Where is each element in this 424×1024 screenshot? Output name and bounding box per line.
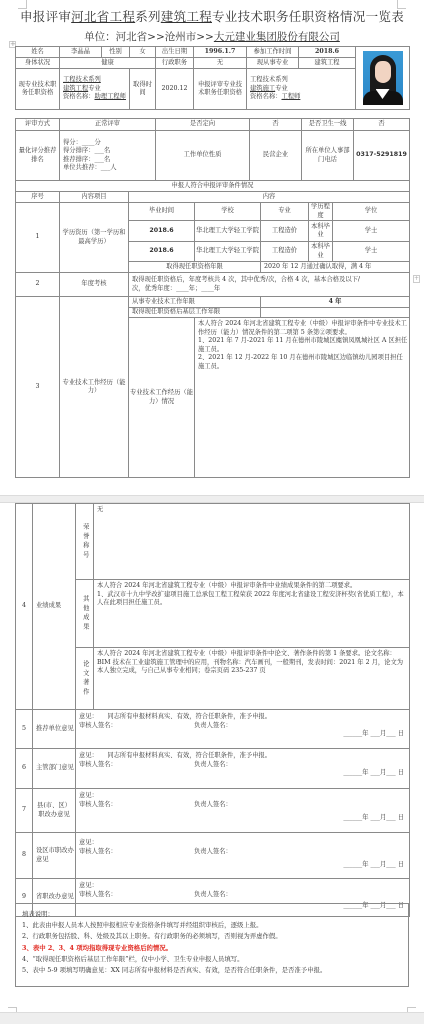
unit-type-label: 工作单位性质 (156, 131, 250, 181)
header-item: 内容项目 (60, 192, 129, 203)
annual-item: 年度考核 (60, 273, 129, 297)
name-label: 姓名 (16, 47, 60, 58)
instructions-title: 填表说明： (22, 909, 402, 920)
reviewer-sign: 审核人签名： (79, 848, 194, 857)
obtained-value: 2020.12 (156, 69, 194, 110)
date-field: ______年 ___月___ 日 (79, 730, 408, 739)
gender-value: 女 (130, 47, 156, 58)
grassroots-value (261, 308, 410, 318)
achievements-opinions-table: 4 业绩成果 荣誉称号 无 其他成果 本人符合 2024 年河北省建筑工程专业（… (15, 503, 410, 917)
instruction-item: 2、行政职务包括股、科、处级及其以上职务。有行政职务的必须填写，否则视为弄虚作假… (22, 931, 402, 942)
tenure-label: 取得现任职资格年限 (129, 262, 261, 273)
annual-content: 取得现任职资格后，年度考核共 4 次，其中优秀/次，合格 4 次，基本合格及以下… (129, 273, 410, 297)
instruction-item: 4、“取得现任职资格后基层工作年限”栏，仅中小学、卫生专业申报人员填写。 (22, 954, 402, 965)
work-start-value: 2018.6 (299, 47, 356, 58)
page-2: 4 业绩成果 荣誉称号 无 其他成果 本人符合 2024 年河北省建筑工程专业（… (0, 503, 424, 1024)
leader-sign: 负责人签名： (194, 848, 232, 855)
edu-col-school: 学校 (195, 203, 261, 221)
opinion-text: 意见： (79, 792, 408, 801)
years-label: 从事专业技术工作年限 (129, 297, 261, 308)
opinion-row-supervisor: 6 主管部门意见 意见： 同志所有申报材料真实、有效，符合任职条件，准予申报。 … (16, 749, 410, 789)
basic-info-table: 姓名 李晶晶 性别 女 出生日期 1996.1.7 参加工作时间 2018.6 … (15, 46, 410, 110)
edu-col-level: 学历程度 (309, 203, 333, 221)
row-add-handle-icon[interactable]: + (413, 275, 420, 283)
experience-no: 3 (16, 297, 60, 478)
opinion-text: 意见： (79, 882, 408, 891)
directed-label: 是否定向 (156, 119, 250, 131)
current-major-value: 建筑工程 (299, 58, 356, 69)
current-qualification-label: 现专业技术职务任职资格 (16, 69, 60, 110)
page-break (0, 495, 424, 503)
portrait-photo-icon (363, 51, 403, 105)
experience-detail-label: 专业技术工作经历（能力）情况 (129, 318, 195, 478)
header-no: 序号 (16, 192, 60, 203)
date-field: ______年 ___月___ 日 (79, 809, 408, 823)
birth-label: 出生日期 (156, 47, 194, 58)
opinion-text: 意见： 同志所有申报材料真实、有效，符合任职条件，准予申报。 (79, 752, 408, 761)
other-achievements-value: 本人符合 2024 年河北省建筑工程专业（中级）申报评审条件中业绩成果条件的第二… (94, 580, 410, 648)
review-method-label: 评审方式 (16, 119, 60, 131)
opinion-text: 意见： (79, 839, 408, 848)
leader-sign: 负责人签名： (194, 761, 232, 768)
date-field: ______年 ___月___ 日 (79, 856, 408, 870)
review-method-value: 正常评审 (60, 119, 156, 131)
reviewer-sign: 审核人签名： (79, 761, 194, 770)
obtained-label: 取得时间 (130, 69, 156, 110)
admin-post-label: 行政职务 (156, 58, 194, 69)
health-label: 身体状况 (16, 58, 60, 69)
fill-instructions: 填表说明： 1、此表由申报人员本人按照申报相应专业资格条件填写并经组织审核后，逐… (15, 903, 409, 987)
achievements-no: 4 (16, 504, 33, 710)
document-title: 申报评审河北省工程系列建筑工程专业技术职务任职资格情况一览表 (0, 7, 424, 25)
reviewer-sign: 审核人签名： (79, 722, 194, 731)
name-value: 李晶晶 (60, 47, 102, 58)
hr-phone-value: 0317-5291819 (354, 131, 410, 181)
honor-label: 荣誉称号 (76, 504, 94, 580)
paper-label: 论文著作 (76, 648, 94, 710)
other-achievements-label: 其他成果 (76, 580, 94, 648)
conditions-table: 序号 内容项目 内容 1 学历资历（第一学历和最高学历） 毕业时间 学校 专业 … (15, 191, 410, 478)
leader-sign: 负责人签名： (194, 722, 232, 729)
opinion-row-recommend: 5 推荐单位意见 意见： 同志所有申报材料真实、有效，符合任职条件，准予申报。 … (16, 710, 410, 749)
leader-sign: 负责人签名： (194, 801, 232, 808)
opinion-text: 意见： 同志所有申报材料真实、有效，符合任职条件，准予申报。 (79, 713, 408, 722)
reviewer-sign: 审核人签名： (79, 801, 194, 810)
experience-detail: 本人符合 2024 年河北省建筑工程专业（中级）申报评审条件中专业技术工作经历（… (195, 318, 410, 478)
page-1: 申报评审河北省工程系列建筑工程专业技术职务任职资格情况一览表 单位：河北省>>沧… (0, 0, 424, 495)
frontline-value: 否 (354, 119, 410, 131)
edu-col-major: 专业 (261, 203, 309, 221)
unit-line: 单位：河北省>>沧州市>>大元建业集团股份有限公司 (0, 29, 424, 44)
education-no: 1 (16, 203, 60, 273)
reviewer-sign: 审核人签名： (79, 891, 194, 900)
paper-value: 本人符合 2024 年河北省建筑工程专业（中级）申报评审条件中论文、著作条件的第… (94, 648, 410, 710)
date-field: ______年 ___月___ 日 (79, 769, 408, 778)
grassroots-label: 取得现任职资格后基层工作年限 (129, 308, 261, 318)
apply-qualification-label: 申报评审专业技术职务任职资格 (194, 69, 247, 110)
opinion-row-county: 7 县(市、区）职改办意见 意见： 审核人签名：负责人签名： ______年 _… (16, 789, 410, 833)
edu-col-degree: 学位 (333, 203, 410, 221)
apply-qualification-value: 工程技术系列 建筑施工专业 资格名称：工程师 (247, 69, 356, 110)
photo-cell (356, 47, 410, 110)
conditions-section-title: 申报人符合申报评审条件情况 (16, 181, 410, 192)
years-value: 4 年 (261, 297, 410, 308)
ranking-label: 量化评分推荐排名 (16, 131, 60, 181)
leader-sign: 负责人签名： (194, 891, 232, 898)
instruction-item-highlight: 3、表中 2、3、4 项均指取得现专业资格后的情况。 (22, 943, 402, 954)
frontline-label: 是否卫生一线 (302, 119, 354, 131)
current-qualification-value: 工程技术系列 建筑工程专业 资格名称：助理工程师 (60, 69, 130, 110)
edu-col-grad-time: 毕业时间 (129, 203, 195, 221)
education-item: 学历资历（第一学历和最高学历） (60, 203, 129, 273)
experience-item: 专业技术工作经历（能力） (60, 297, 129, 478)
directed-value: 否 (250, 119, 302, 131)
health-value: 健康 (60, 58, 156, 69)
tenure-value: 2020 年 12 月通过确认取得，满 4 年 (261, 262, 410, 273)
header-content: 内容 (129, 192, 410, 203)
review-table: 评审方式 正常评审 是否定向 否 是否卫生一线 否 量化评分推荐排名 得分：__… (15, 118, 410, 192)
work-start-label: 参加工作时间 (247, 47, 299, 58)
annual-no: 2 (16, 273, 60, 297)
birth-value: 1996.1.7 (194, 47, 247, 58)
instruction-item: 1、此表由申报人员本人按照申报相应专业资格条件填写并经组织审核后，逐级上报。 (22, 920, 402, 931)
current-major-label: 现从事专业 (247, 58, 299, 69)
instruction-item: 5、表中 5-9 项填写明确意见：XX 同志所有申报材料是否真实、有效，是否符合… (22, 965, 402, 976)
admin-post-value: 无 (194, 58, 247, 69)
page-bottom-gap (0, 1012, 424, 1024)
hr-phone-label: 所在单位人事部门电话 (302, 131, 354, 181)
ranking-fields: 得分：____分 得分排序：___名 推荐排序：___名 单位共推荐：___人 (60, 131, 156, 181)
gender-label: 性别 (102, 47, 130, 58)
opinion-row-city: 8 设区市职改办意见 意见： 审核人签名：负责人签名： ______年 ___月… (16, 833, 410, 879)
unit-type-value: 民营企业 (250, 131, 302, 181)
achievements-item: 业绩成果 (33, 504, 76, 710)
honor-value: 无 (94, 504, 410, 580)
